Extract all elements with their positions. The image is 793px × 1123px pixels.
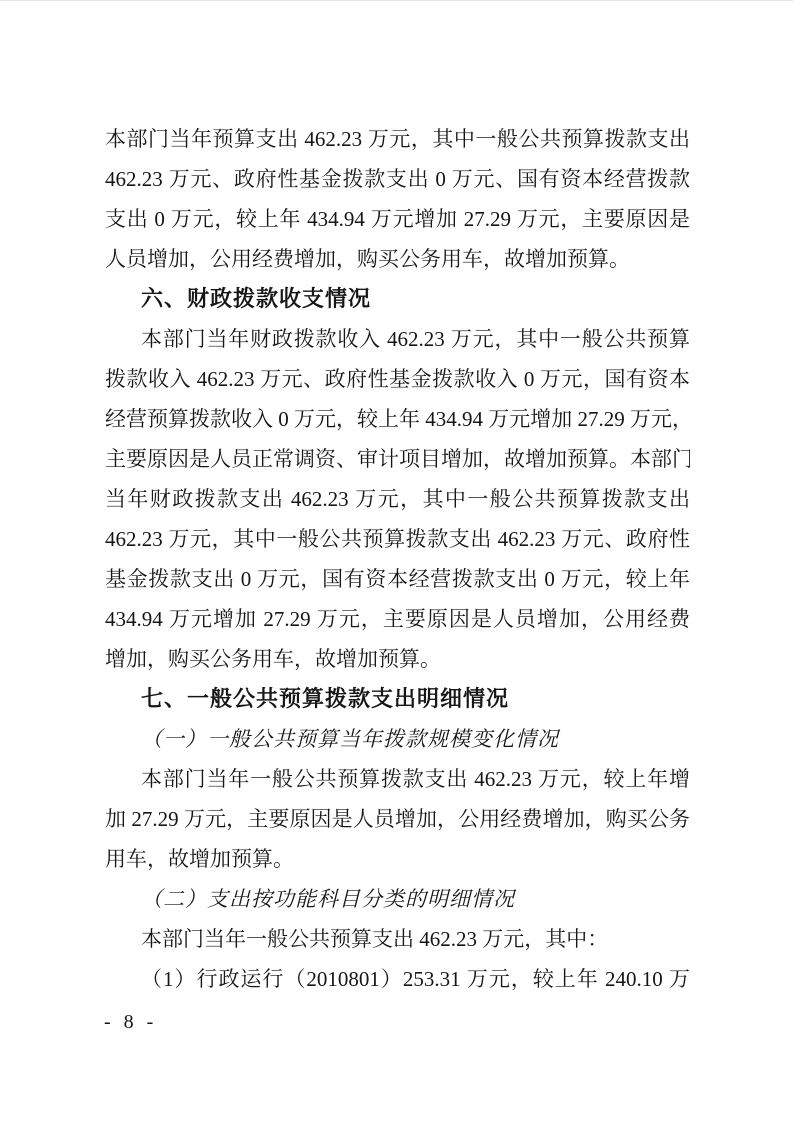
fiscal-appropriation-paragraph-line: 主要原因是人员正常调资、审计项目增加，故增加预算。本部门 <box>105 439 690 479</box>
budget-expenditure-paragraph-line: 462.23 万元、政府性基金拨款支出 0 万元、国有资本经营拨款 <box>105 159 690 199</box>
item-1-administrative-operation-line: （1）行政运行（2010801）253.31 万元，较上年 240.10 万 <box>105 959 690 999</box>
fiscal-appropriation-paragraph-line: 经营预算拨款收入 0 万元，较上年 434.94 万元增加 27.29 万元， <box>105 399 690 439</box>
scale-change-paragraph-line: 用车，故增加预算。 <box>105 839 690 879</box>
section-heading-7-public-budget-detail: 七、一般公共预算拨款支出明细情况 <box>105 679 690 719</box>
subsection-heading-1-scale-change: （一）一般公共预算当年拨款规模变化情况 <box>105 719 690 759</box>
fiscal-appropriation-paragraph-line: 基金拨款支出 0 万元，国有资本经营拨款支出 0 万元，较上年 <box>105 559 690 599</box>
fiscal-appropriation-paragraph-line: 462.23 万元，其中一般公共预算拨款支出 462.23 万元、政府性 <box>105 519 690 559</box>
subsection-heading-2-function-classification: （二）支出按功能科目分类的明细情况 <box>105 879 690 919</box>
fiscal-appropriation-paragraph-line: 本部门当年财政拨款收入 462.23 万元，其中一般公共预算 <box>105 319 690 359</box>
document-page: 本部门当年预算支出 462.23 万元，其中一般公共预算拨款支出 462.23 … <box>0 0 793 1123</box>
scale-change-paragraph-line: 本部门当年一般公共预算拨款支出 462.23 万元，较上年增 <box>105 759 690 799</box>
budget-expenditure-paragraph-line: 支出 0 万元，较上年 434.94 万元增加 27.29 万元，主要原因是 <box>105 199 690 239</box>
function-classification-intro-line: 本部门当年一般公共预算支出 462.23 万元，其中： <box>105 919 690 959</box>
fiscal-appropriation-paragraph-line: 增加，购买公务用车，故增加预算。 <box>105 639 690 679</box>
scale-change-paragraph-line: 加 27.29 万元，主要原因是人员增加，公用经费增加，购买公务 <box>105 799 690 839</box>
page-number: - 8 - <box>104 1009 157 1035</box>
fiscal-appropriation-paragraph-line: 当年财政拨款支出 462.23 万元，其中一般公共预算拨款支出 <box>105 479 690 519</box>
document-body: 本部门当年预算支出 462.23 万元，其中一般公共预算拨款支出 462.23 … <box>105 119 690 999</box>
budget-expenditure-paragraph-line: 人员增加，公用经费增加，购买公务用车，故增加预算。 <box>105 239 690 279</box>
fiscal-appropriation-paragraph-line: 434.94 万元增加 27.29 万元，主要原因是人员增加，公用经费 <box>105 599 690 639</box>
section-heading-6-fiscal-appropriation: 六、财政拨款收支情况 <box>105 279 690 319</box>
budget-expenditure-paragraph-line: 本部门当年预算支出 462.23 万元，其中一般公共预算拨款支出 <box>105 119 690 159</box>
fiscal-appropriation-paragraph-line: 拨款收入 462.23 万元、政府性基金拨款收入 0 万元，国有资本 <box>105 359 690 399</box>
